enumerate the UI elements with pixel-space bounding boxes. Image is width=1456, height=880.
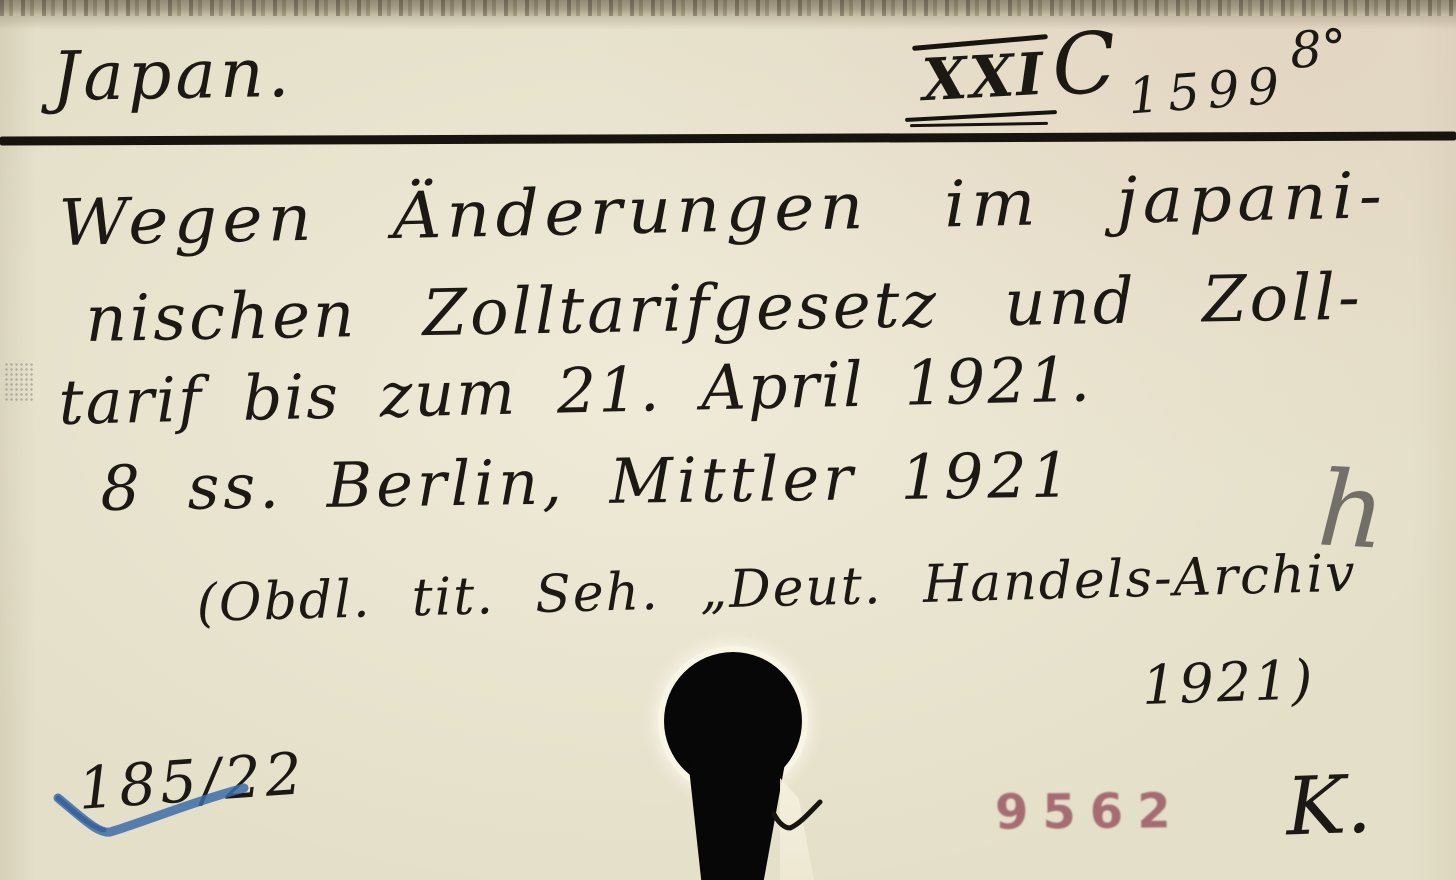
cataloguer-initial: K.: [1285, 765, 1373, 848]
accession-stamp: 9562: [995, 787, 1185, 837]
header-rule: [0, 131, 1456, 145]
catalog-card: Japan. XXI C 1599 8° Wegen Änderungen im…: [0, 0, 1456, 880]
blue-checkmark-icon: [52, 782, 252, 842]
title-line-3: tarif bis zum 21. April 1921.: [58, 349, 1093, 434]
source-note-line-1: (Obdl. tit. Seh. „Deut. Handels-Archiv: [196, 548, 1357, 630]
card-heading: Japan.: [51, 40, 293, 112]
title-line-2: nischen Zolltarifgesetz und Zoll-: [85, 266, 1363, 352]
imprint-line: 8 ss. Berlin, Mittler 1921: [100, 444, 1075, 520]
shelfmark-roman: XXI: [921, 45, 1047, 109]
scan-edge-band: [0, 0, 1456, 16]
small-checkmark-icon: [768, 796, 824, 836]
shelfmark-letter: C: [1049, 20, 1119, 108]
source-note-line-2: 1921): [1141, 653, 1316, 713]
format-octavo: 8°: [1288, 22, 1348, 76]
shelfmark-underline-2: [910, 122, 1048, 127]
shelfmark-number: 1599: [1126, 61, 1288, 122]
scan-artifact-patch: [4, 362, 34, 402]
title-line-1: Wegen Änderungen im japani-: [58, 164, 1388, 256]
scan-edge-shadow: [0, 16, 1456, 30]
